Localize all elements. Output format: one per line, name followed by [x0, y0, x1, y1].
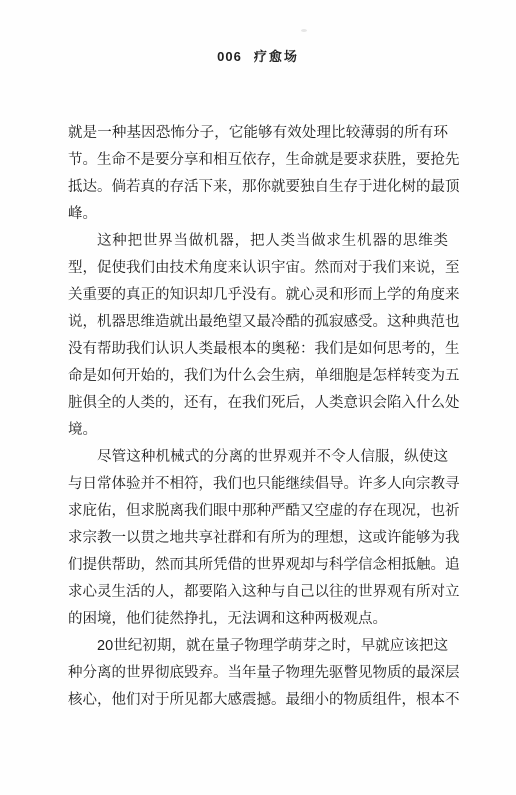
running-header: 006疗愈场	[0, 46, 516, 65]
text-line: 境。	[68, 417, 448, 444]
text-line: 脏俱全的人类的，还有，在我们死后，人类意识会陷入什么处	[68, 390, 448, 417]
text-line: 尽管这种机械式的分离的世界观并不令人信服，纵使这	[68, 444, 448, 471]
text-line: 就是一种基因恐怖分子，它能够有效处理比较薄弱的所有环	[68, 120, 448, 147]
text-line: 种分离的世界彻底毁弃。当年量子物理先驱瞥见物质的最深层	[68, 660, 448, 687]
text-line: 命是如何开始的，我们为什么会生病，单细胞是怎样转变为五	[68, 363, 448, 390]
text-line: 们提供帮助，然而其所凭借的世界观却与科学信念相抵触。追	[68, 552, 448, 579]
text-line: 求宗教一以贯之地共享社群和有所为的理想，这或许能够为我	[68, 525, 448, 552]
text-line: 求庇佑，但求脱离我们眼中那种严酷又空虚的存在现况，也祈	[68, 498, 448, 525]
book-page: 006疗愈场 就是一种基因恐怖分子，它能够有效处理比较薄弱的所有环 节。生命不是…	[0, 0, 516, 795]
text-line: 说，机器思维造就出最绝望又最冷酷的孤寂感受。这种典范也	[68, 309, 448, 336]
text-line: 节。生命不是要分享和相互依存，生命就是要求获胜，要抢先	[68, 147, 448, 174]
body-text: 就是一种基因恐怖分子，它能够有效处理比较薄弱的所有环 节。生命不是要分享和相互依…	[68, 120, 448, 714]
text-line: 峰。	[68, 201, 448, 228]
text-line: 求心灵生活的人，都要陷入这种与自己以往的世界观有所对立	[68, 579, 448, 606]
text-line: 核心，他们对于所见都大感震撼。最细小的物质组件，根本不	[68, 687, 448, 714]
text-line: 型，促使我们由技术角度来认识宇宙。然而对于我们来说，至	[68, 255, 448, 282]
text-line: 这种把世界当做机器，把人类当做求生机器的思维类	[68, 228, 448, 255]
text-line: 20世纪初期，就在量子物理学萌芽之时，早就应该把这	[68, 633, 448, 660]
page-number: 006	[217, 49, 242, 64]
book-title: 疗愈场	[254, 49, 299, 64]
scan-artifact	[301, 29, 307, 32]
text-line: 与日常体验并不相符，我们也只能继续倡导。许多人向宗教寻	[68, 471, 448, 498]
text-line: 抵达。倘若真的存活下来，那你就要独自生存于进化树的最顶	[68, 174, 448, 201]
text-line: 关重要的真正的知识却几乎没有。就心灵和形而上学的角度来	[68, 282, 448, 309]
text-line: 的困境，他们徒然挣扎，无法调和这种两极观点。	[68, 606, 448, 633]
text-line: 没有帮助我们认识人类最根本的奥秘：我们是如何思考的，生	[68, 336, 448, 363]
